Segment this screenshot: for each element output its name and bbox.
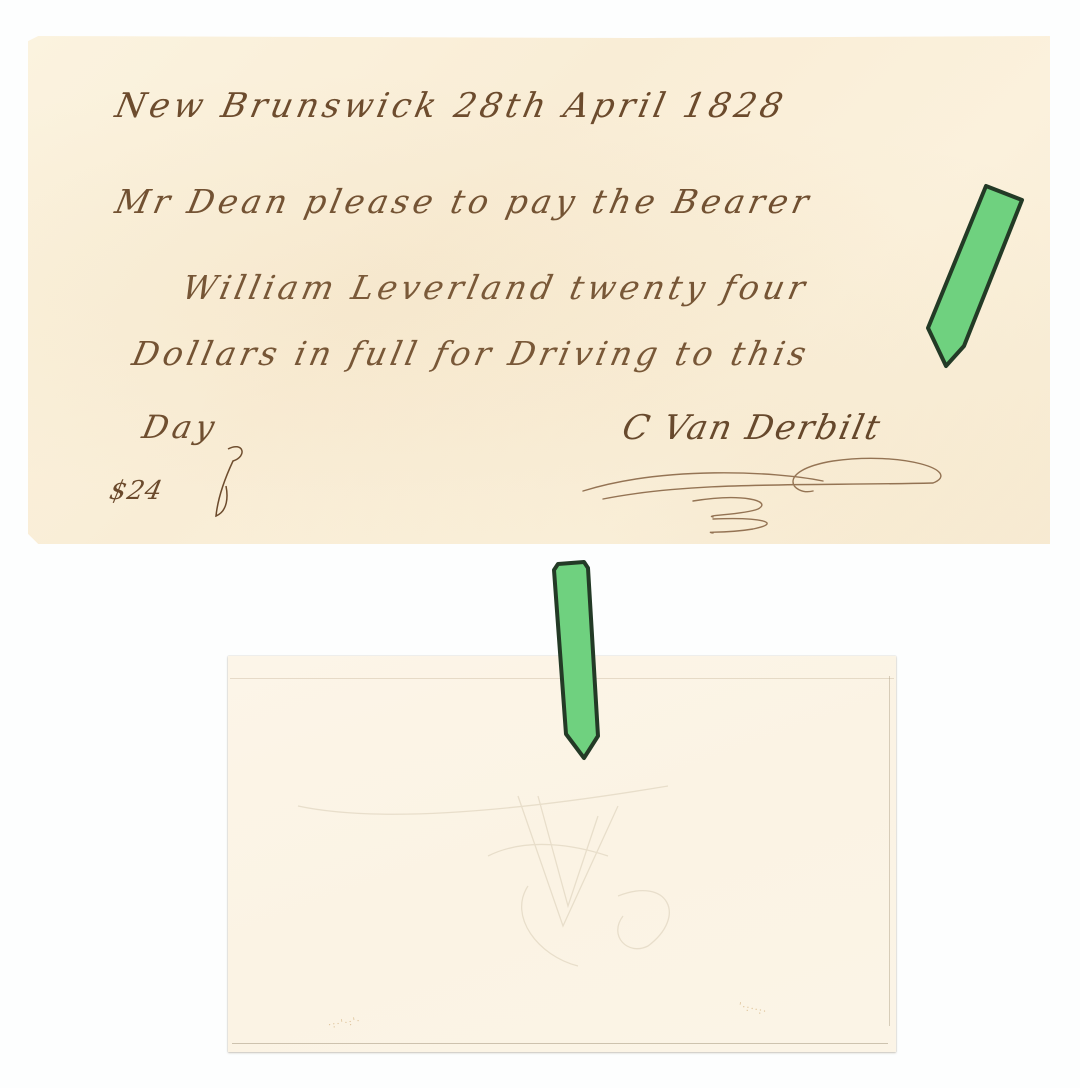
day-flourish <box>188 441 248 521</box>
green-arrow-marker-envelope <box>548 558 612 764</box>
envelope-bottom-edge <box>232 1043 888 1044</box>
envelope-stain: ·:·'·:'· <box>327 1016 361 1031</box>
check-payee-name-line: William Leverland twenty four <box>179 268 813 307</box>
envelope-stain: '·:··:· <box>737 1001 768 1018</box>
signature-flourish <box>573 431 953 541</box>
green-arrow-marker-check <box>918 178 1028 374</box>
check-amount: $24 <box>107 476 166 506</box>
check-document: New Brunswick 28th April 1828 Mr Dean pl… <box>28 36 1050 544</box>
embossed-monogram <box>288 766 708 986</box>
envelope-inner-edge <box>889 676 890 1026</box>
check-date-line: New Brunswick 28th April 1828 <box>112 86 790 126</box>
check-payee-instruction-line: Mr Dean please to pay the Bearer <box>112 182 816 221</box>
check-purpose-line: Dollars in full for Driving to this <box>129 334 814 373</box>
